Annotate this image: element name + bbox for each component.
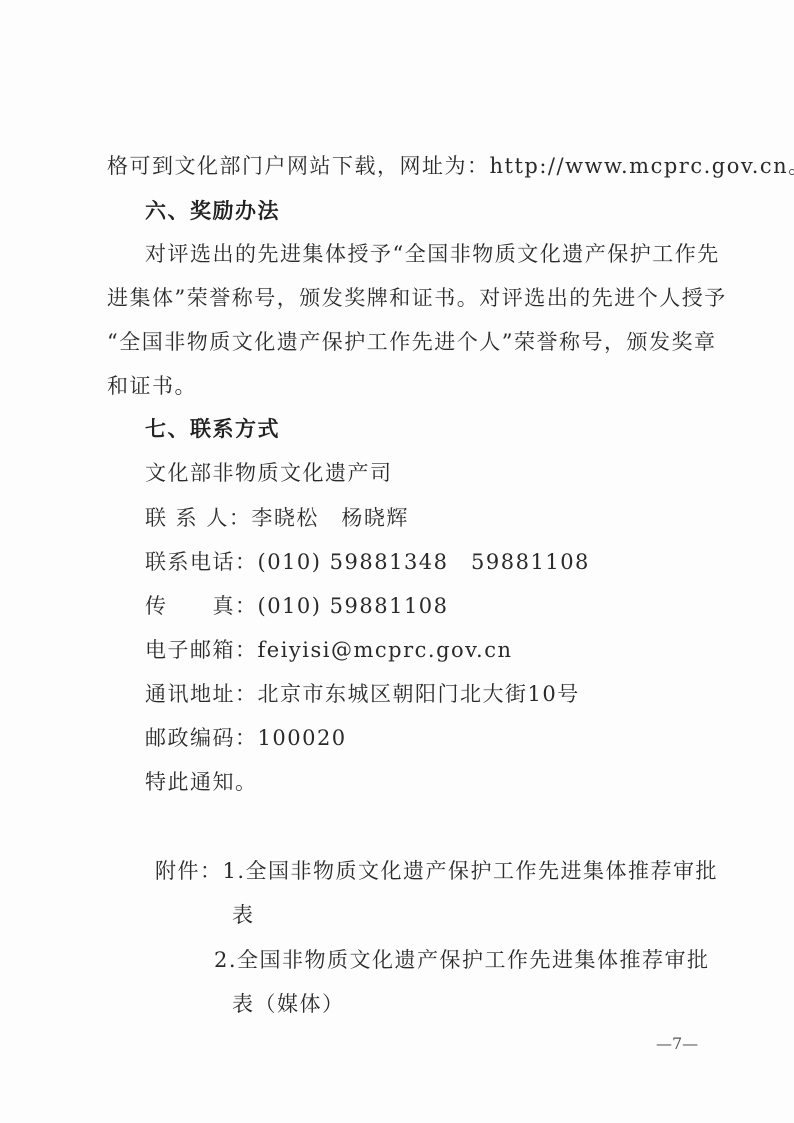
- paragraph-line: 进集体”荣誉称号，颁发奖牌和证书。对评选出的先进个人授予: [107, 282, 727, 312]
- closing-line: 特此通知。: [145, 766, 258, 796]
- attachment-2-continued: 表（媒体）: [232, 988, 345, 1018]
- page-number: —7—: [656, 1034, 698, 1053]
- attachment-1: 附件：1.全国非物质文化遗产保护工作先进集体推荐审批: [155, 855, 718, 885]
- contact-email: 电子邮箱：feiyisi@mcprc.gov.cn: [145, 634, 513, 664]
- contact-fax: 传 真：(010) 59881108: [145, 590, 449, 620]
- contact-address: 通讯地址：北京市东城区朝阳门北大街10号: [145, 678, 580, 708]
- paragraph-line: 对评选出的先进集体授予“全国非物质文化遗产保护工作先: [145, 238, 720, 268]
- contact-persons: 联 系 人：李晓松 杨晓辉: [145, 502, 409, 532]
- postal-code: 邮政编码：100020: [145, 722, 347, 752]
- section-heading-rewards: 六、奖励办法: [145, 195, 280, 225]
- paragraph-line: “全国非物质文化遗产保护工作先进个人”荣誉称号，颁发奖章: [107, 326, 716, 356]
- contact-phone: 联系电话：(010) 59881348 59881108: [145, 546, 590, 576]
- download-url-line: 格可到文化部门户网站下载，网址为：http://www.mcprc.gov.cn…: [107, 150, 794, 180]
- paragraph-line: 和证书。: [107, 370, 197, 400]
- department-name: 文化部非物质文化遗产司: [145, 457, 393, 487]
- attachment-1-continued: 表: [232, 899, 255, 929]
- section-heading-contact: 七、联系方式: [145, 413, 280, 443]
- attachment-2: 2.全国非物质文化遗产保护工作先进集体推荐审批: [214, 944, 710, 974]
